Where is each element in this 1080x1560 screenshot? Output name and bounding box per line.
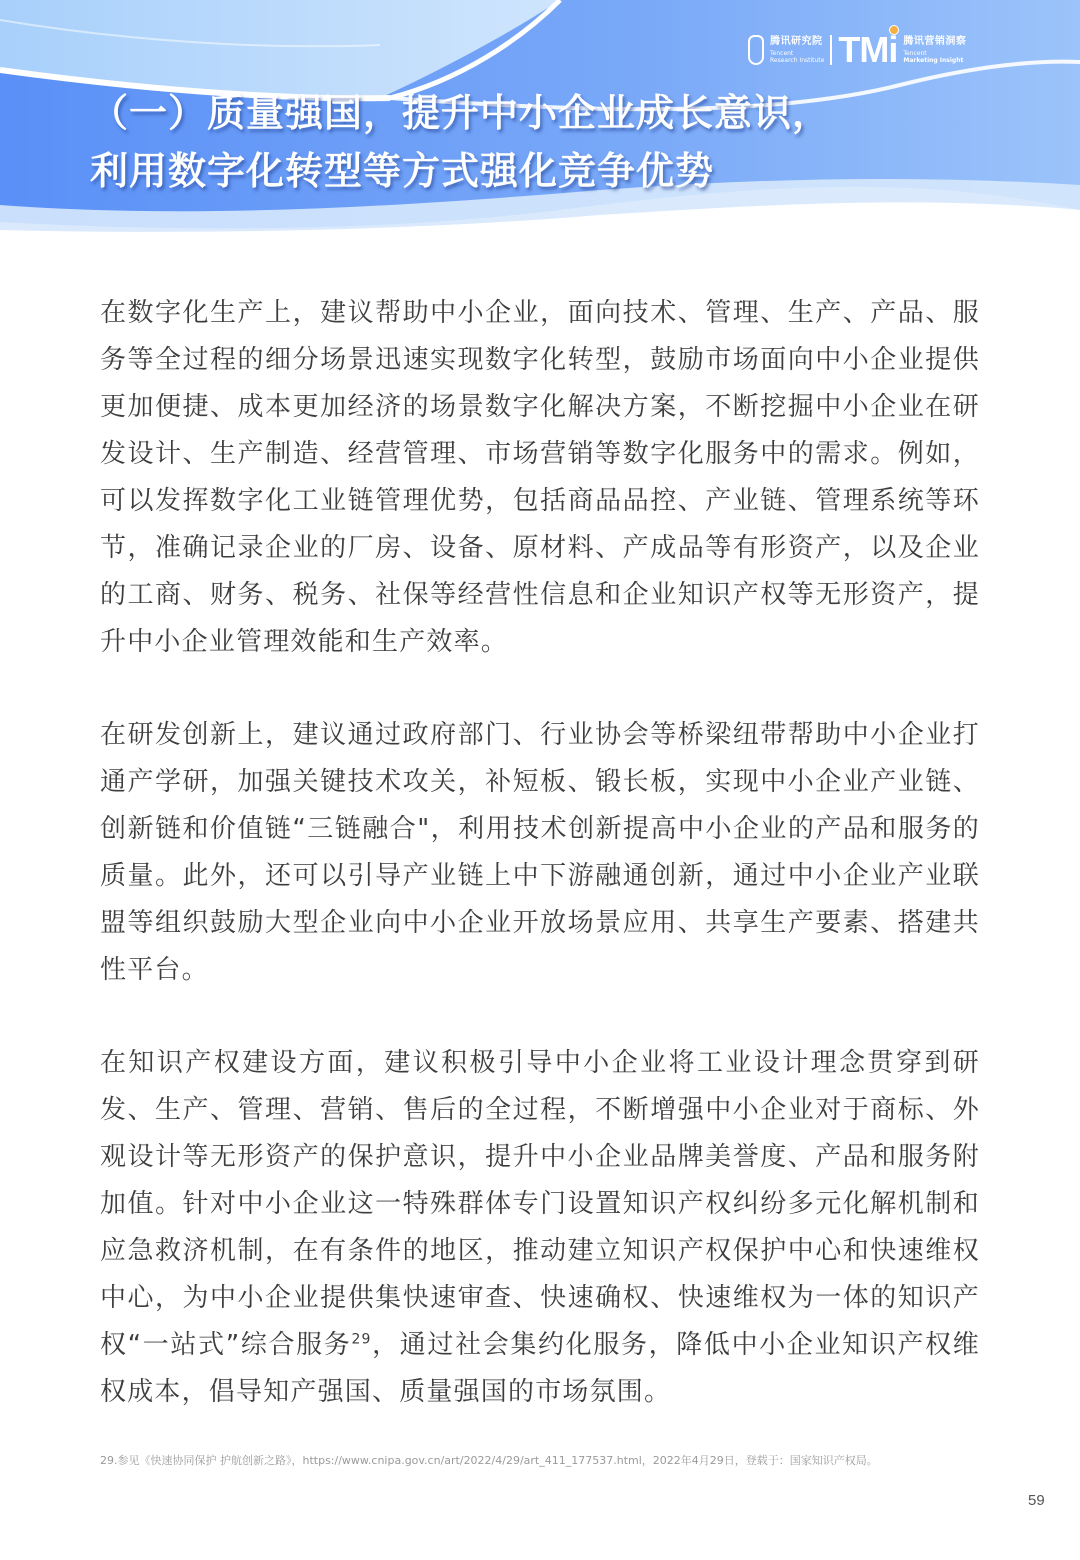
title-line-1: （一）质量强国，提升中小企业成长意识， bbox=[90, 84, 831, 142]
footnote: 29.参见《快速协同保护 护航创新之路》，https://www.cnipa.g… bbox=[100, 1452, 878, 1468]
org2-cn: 腾讯营销洞察 bbox=[903, 37, 966, 47]
org1-en-2: Research Institute bbox=[770, 57, 824, 64]
tmi-text: TMi bbox=[838, 29, 897, 70]
org1-cn: 腾讯研究院 bbox=[770, 37, 824, 47]
body-content: 在数字化生产上，建议帮助中小企业，面向技术、管理、生产、产品、服务等全过程的细分… bbox=[100, 290, 980, 1462]
footnote-ref[interactable]: 29 bbox=[351, 1331, 371, 1347]
paragraph-rd-innovation: 在研发创新上，建议通过政府部门、行业协会等桥梁纽带帮助中小企业打通产学研，加强关… bbox=[100, 712, 980, 994]
tmi-logo: TMi bbox=[838, 29, 897, 71]
tencent-research-logo: 腾讯研究院 Tencent Research Institute bbox=[748, 35, 824, 65]
tmi-dot-icon bbox=[889, 25, 899, 35]
research-institute-icon bbox=[748, 35, 764, 65]
paragraph-digital-production: 在数字化生产上，建议帮助中小企业，面向技术、管理、生产、产品、服务等全过程的细分… bbox=[100, 290, 980, 666]
org2-en-1: Tencent bbox=[903, 50, 966, 57]
org2-en-2: Marketing Insight bbox=[903, 57, 966, 64]
page-number: 59 bbox=[1028, 1492, 1045, 1509]
ip-text-part1: 在知识产权建设方面，建议积极引导中小企业将工业设计理念贯穿到研发、生产、管理、营… bbox=[100, 1048, 980, 1360]
header-banner: 腾讯研究院 Tencent Research Institute TMi 腾讯营… bbox=[0, 0, 1080, 240]
section-title: （一）质量强国，提升中小企业成长意识， 利用数字化转型等方式强化竞争优势 bbox=[90, 84, 831, 200]
org1-en-1: Tencent bbox=[770, 50, 824, 57]
paragraph-ip-construction: 在知识产权建设方面，建议积极引导中小企业将工业设计理念贯穿到研发、生产、管理、营… bbox=[100, 1040, 980, 1416]
title-line-2: 利用数字化转型等方式强化竞争优势 bbox=[90, 142, 831, 200]
logo-divider bbox=[830, 35, 832, 65]
brand-logos: 腾讯研究院 Tencent Research Institute TMi 腾讯营… bbox=[748, 28, 966, 72]
